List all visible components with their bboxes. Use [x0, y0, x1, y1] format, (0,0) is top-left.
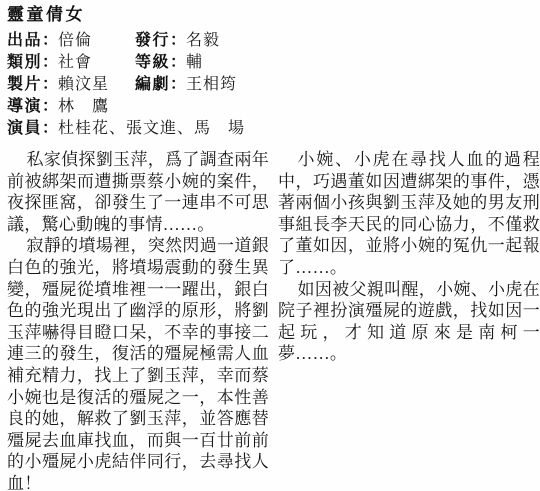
credit-label: 類別 [7, 52, 42, 74]
film-title: 靈童倩女 [7, 4, 534, 26]
credit-label: 導演 [7, 96, 42, 118]
credit-colon: ： [170, 52, 186, 74]
credit-colon: ： [42, 74, 58, 96]
credit-label: 發行 [135, 30, 170, 52]
synopsis-paragraph: 如因被父親叫醒，小婉、小虎在院子裡扮演殭屍的遊戲，找如因一起玩，才知道原來是南柯… [278, 279, 540, 365]
synopsis-left-column: 私家偵探劉玉萍，爲了調查兩年前被綁架而遭撕票蔡小婉的案件，夜探匪窩，卻發生了一連… [7, 149, 269, 491]
credit-row: 製片 ： 賴汶星 編劇 ： 王相筠 [7, 74, 317, 96]
credit-value: 倍倫 [58, 30, 92, 52]
credit-colon: ： [170, 30, 186, 52]
credit-value: 王相筠 [186, 74, 237, 96]
credit-colon: ： [42, 30, 58, 52]
synopsis-paragraph: 寂靜的墳場裡，突然閃過一道銀白色的強光，將墳場震動的發生異變，殭屍從墳堆裡一一躍… [7, 235, 269, 491]
credit-label: 等級 [135, 52, 170, 74]
credit-value: 社會 [58, 52, 92, 74]
credit-genre: 類別 ： 社會 [7, 52, 135, 74]
credit-label: 編劇 [135, 74, 170, 96]
credits-block: 出品 ： 倍倫 發行 ： 名毅 類別 ： 社會 等級 ： 輔 [7, 30, 317, 140]
credit-production: 製片 ： 賴汶星 [7, 74, 135, 96]
credit-value: 杜桂花、張文進、馬 場 [58, 118, 245, 140]
credit-value: 賴汶星 [58, 74, 109, 96]
synopsis-paragraph: 私家偵探劉玉萍，爲了調查兩年前被綁架而遭撕票蔡小婉的案件，夜探匪窩，卻發生了一連… [7, 149, 269, 235]
credit-cast: 演員 ： 杜桂花、張文進、馬 場 [7, 118, 245, 140]
credit-row: 類別 ： 社會 等級 ： 輔 [7, 52, 317, 74]
credit-label: 出品 [7, 30, 42, 52]
credit-rating: 等級 ： 輔 [135, 52, 203, 74]
synopsis-columns: 私家偵探劉玉萍，爲了調查兩年前被綁架而遭撕票蔡小婉的案件，夜探匪窩，卻發生了一連… [7, 149, 534, 491]
credit-screenwriter: 編劇 ： 王相筠 [135, 74, 237, 96]
credit-label: 製片 [7, 74, 42, 96]
credit-director: 導演 ： 林 鷹 [7, 96, 135, 118]
credit-row: 演員 ： 杜桂花、張文進、馬 場 [7, 118, 317, 140]
credit-value: 名毅 [186, 30, 220, 52]
credit-colon: ： [170, 74, 186, 96]
credit-colon: ： [42, 52, 58, 74]
credit-label: 演員 [7, 118, 42, 140]
document-page: 靈童倩女 出品 ： 倍倫 發行 ： 名毅 類別 ： 社會 等級 ： [0, 0, 540, 491]
credit-distributor: 發行 ： 名毅 [135, 30, 220, 52]
credit-producer: 出品 ： 倍倫 [7, 30, 135, 52]
credit-colon: ： [42, 118, 58, 140]
credit-colon: ： [42, 96, 58, 118]
credit-row: 導演 ： 林 鷹 [7, 96, 317, 118]
credit-value: 輔 [186, 52, 203, 74]
credit-value: 林 鷹 [58, 96, 109, 118]
synopsis-right-column: 小婉、小虎在尋找人血的過程中，巧遇董如因遭綁架的事件，憑著兩個小孩與劉玉萍及她的… [278, 149, 540, 491]
synopsis-paragraph: 小婉、小虎在尋找人血的過程中，巧遇董如因遭綁架的事件，憑著兩個小孩與劉玉萍及她的… [278, 149, 540, 279]
credit-row: 出品 ： 倍倫 發行 ： 名毅 [7, 30, 317, 52]
